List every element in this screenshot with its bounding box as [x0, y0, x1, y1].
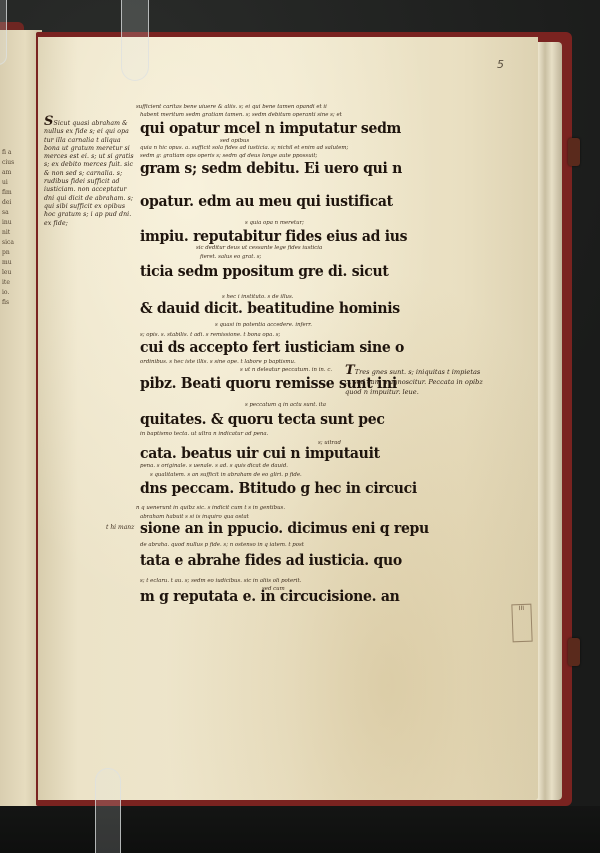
interlinear-gloss: sic deditur deus ut cessante lege fides … [196, 245, 322, 252]
main-text-line: quitates. & quoru tecta sunt pec [140, 412, 345, 429]
main-text-line: & dauid dicit. beatitudine hominis [140, 301, 345, 318]
main-text-line: dns peccam. Btitudo g hec in circuci [140, 481, 345, 498]
facing-page-text: fi a cius am ui fim dei sa inu nit sica … [2, 148, 40, 308]
interlinear-gloss: ordinibus. s hec iste illis. s sine ope.… [140, 359, 296, 366]
shadow-area [0, 806, 600, 853]
left-margin-gloss: SSicut quasi abraham & nullus ex fide s;… [44, 118, 134, 228]
interlinear-gloss: s ut n deleatur peccatum. in in. c. [240, 367, 332, 374]
interlinear-gloss: sed opibus [220, 138, 249, 145]
clasp-bottom [568, 638, 580, 666]
left-margin-note: t hi manz [106, 524, 134, 531]
main-text-line: sione an in ppucio. dicimus eni q repu [140, 521, 345, 538]
main-text-line: qui opatur mcel n imputatur sedm [140, 121, 345, 138]
interlinear-gloss: quia n hic opus. a. sufficit sola fides … [140, 145, 348, 152]
left-margin-gloss-text: Sicut quasi abraham & nullus ex fide s; … [44, 120, 134, 227]
clasp-top [568, 138, 580, 166]
main-text-line: pibz. Beati quoru remisse sunt ini [140, 376, 345, 393]
page-holder-clip [121, 0, 149, 81]
interlinear-gloss: pena. s originale. s uenale. s ad. s qui… [140, 463, 288, 470]
interlinear-gloss: s quia opa n meretur; [245, 220, 304, 227]
interlinear-gloss: s peccatum q in actu sunt. ita [245, 402, 326, 409]
interlinear-gloss: sedm g: gratiam ops operis s; sedm qd de… [140, 153, 317, 160]
main-text-line: impiu. reputabitur fides eius ad ius [140, 229, 345, 246]
interlinear-gloss: de abraha. quod nullus p fide. s; n oste… [140, 542, 304, 549]
interlinear-gloss: sufficient caritas bene uiuere & aliis. … [136, 104, 327, 111]
interlinear-gloss: s qualitatem. s an sufficit in abraham d… [150, 472, 302, 479]
interlinear-gloss: s quasi in potentia accedere. inferr. [215, 322, 312, 329]
interlinear-gloss: fieret. salus eo grat. s; [200, 254, 261, 261]
interlinear-gloss: n q uenerunt in quibz sic. s indicit cum… [136, 505, 285, 512]
page-holder-clip [0, 0, 7, 65]
main-text-line: cata. beatus uir cui n imputauit [140, 446, 345, 463]
main-text-line: tata e abrahe fides ad iusticia. quo [140, 553, 345, 570]
interlinear-gloss: s; t eclaru. t au. s; sedm eo iudicibus.… [140, 578, 301, 585]
interlinear-gloss: s; opis. s. stabilis. t adi. s remission… [140, 332, 280, 339]
main-text-line: opatur. edm au meu qui iustificat [140, 194, 345, 211]
right-margin-gloss-text: Tres gnes sunt. s; iniquitas t impietas … [345, 368, 483, 396]
main-text-line: ticia sedm ppositum gre di. sicut [140, 264, 345, 281]
library-stamp: III [511, 604, 532, 643]
page-holder-clip [95, 768, 121, 853]
right-margin-gloss: TTres gnes sunt. s; iniquitas t impietas… [345, 366, 487, 397]
main-text-line: m g reputata e. in circucisione. an [140, 589, 345, 606]
main-text-line: gram s; sedm debitu. Ei uero qui n [140, 161, 345, 178]
interlinear-gloss: in baptismo tecta. ut ultra n indicatur … [140, 431, 268, 438]
gloss-initial: T [345, 363, 355, 378]
interlinear-gloss: habent meritum sedm gratiam tamen. s; se… [140, 112, 342, 119]
folio-number: 5 [497, 58, 504, 71]
gloss-initial: S [44, 114, 54, 129]
main-text-line: cui ds accepto fert iusticiam sine o [140, 340, 345, 357]
